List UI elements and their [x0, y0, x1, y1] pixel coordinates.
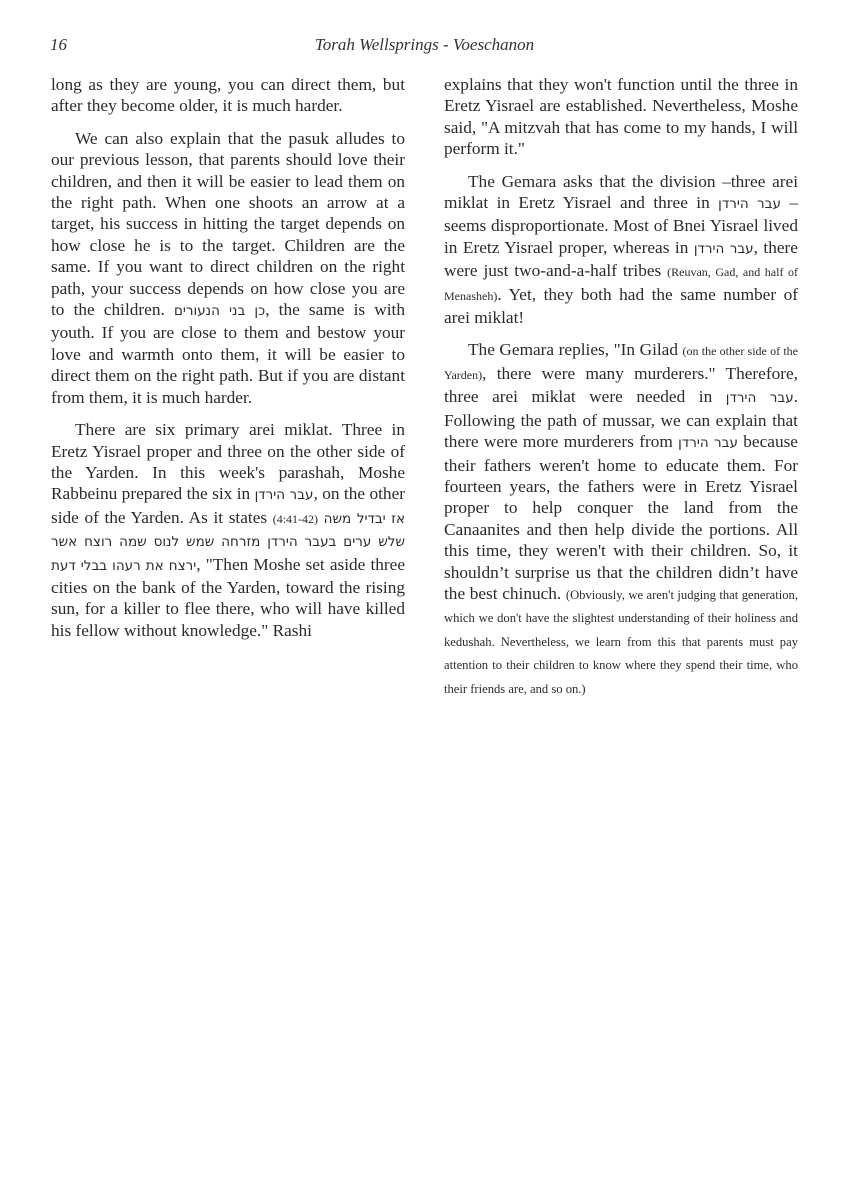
hebrew-text: עבר הירדן: [726, 390, 794, 406]
right-column: explains that they won't function until …: [444, 74, 798, 711]
verse-reference: (4:41-42): [273, 512, 318, 526]
running-title: Torah Wellsprings - Voeschanon: [0, 35, 849, 55]
paragraph-text: because their fathers weren't home to ed…: [444, 432, 798, 603]
hebrew-text: עבר הירדן: [678, 435, 738, 451]
paragraph: We can also explain that the pasuk allud…: [51, 128, 405, 408]
paragraph: The Gemara asks that the division –three…: [444, 171, 798, 329]
hebrew-text: עבר הירדן: [718, 196, 781, 212]
paragraph-text: explains that they won't function until …: [444, 75, 798, 158]
hebrew-text: עבר הירדן: [255, 487, 314, 503]
paragraph: The Gemara replies, "In Gilad (on the ot…: [444, 339, 798, 700]
paragraph: explains that they won't function until …: [444, 74, 798, 160]
hebrew-text: כן בני הנעורים: [174, 303, 265, 319]
parenthetical-note: (Obviously, we aren't judging that gener…: [444, 588, 798, 696]
paragraph-text: long as they are young, you can direct t…: [51, 75, 405, 115]
hebrew-text: עבר הירדן: [694, 241, 754, 257]
paragraph: long as they are young, you can direct t…: [51, 74, 405, 117]
paragraph-text: The Gemara replies, "In Gilad: [468, 340, 683, 359]
paragraph: There are six primary arei miklat. Three…: [51, 419, 405, 641]
paragraph-text: We can also explain that the pasuk allud…: [51, 129, 405, 319]
left-column: long as they are young, you can direct t…: [51, 74, 405, 652]
paragraph-text: . Yet, they both had the same number of …: [444, 285, 798, 327]
